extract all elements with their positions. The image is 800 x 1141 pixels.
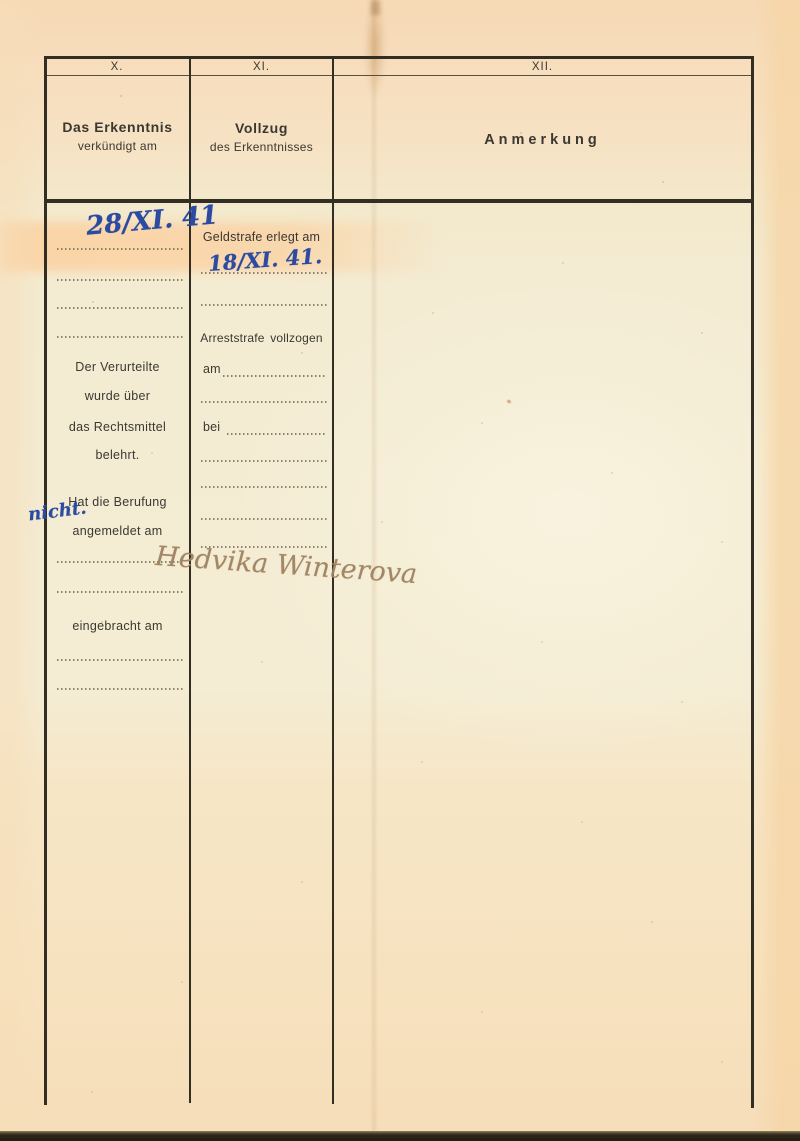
column-xi-title: Vollzug [190,120,333,136]
table-border-right [751,56,754,1108]
dotted-fill-line [57,307,183,309]
dotted-fill-line [201,401,327,403]
table-border-top [44,56,754,59]
column-xi-subtitle: des Erkenntnisses [190,140,333,154]
dotted-fill-line [201,272,327,274]
fold-crease-mark [371,0,380,15]
column-xii-header: Anmerkung [333,132,752,148]
paper-left-margin [0,0,44,1141]
signature-handwriting: Hedvika Winterova [154,541,418,590]
dotted-fill-line [57,279,183,281]
dotted-fill-line [201,518,327,520]
header-separator-line [44,199,754,203]
paper-right-margin [754,0,800,1141]
dotted-fill-line [57,659,183,661]
dotted-fill-line [57,688,183,690]
bei-label: bei [203,420,220,434]
scan-bottom-edge [0,1131,800,1141]
dotted-fill-line [201,486,327,488]
belehrung-line: wurde über [45,389,190,403]
table-border-left [44,56,47,1105]
column-xii-title: Anmerkung [333,132,752,148]
dotted-fill-line [227,433,327,435]
column-x-title: Das Erkenntnis [45,119,190,135]
paper-red-fleck [507,399,512,404]
column-x-header: Das Erkenntnis verkündigt am [45,119,190,153]
dotted-fill-line [201,460,327,462]
column-x-subtitle: verkündigt am [45,139,190,153]
paper-speckles [0,0,2,2]
scanned-document-page: X. XI. XII. Das Erkenntnis verkündigt am… [0,0,800,1141]
dotted-fill-line [57,336,183,338]
dotted-fill-line [201,304,327,306]
column-number-rule [46,75,752,76]
berufung-label-line2: angemeldet am [45,524,190,538]
belehrung-line: Der Verurteilte [45,360,190,374]
arreststrafe-label: Arreststrafe vollzogen [191,331,332,345]
dotted-fill-line [57,591,183,593]
column-x-number: X. [45,61,189,73]
geldstrafe-label: Geldstrafe erlegt am [191,230,332,244]
eingebracht-label: eingebracht am [45,619,190,633]
column-xii-number: XII. [334,61,751,73]
am-label: am [203,362,221,376]
dotted-fill-line [223,375,327,377]
belehrung-line: belehrt. [45,448,190,462]
column-xi-number: XI. [191,61,332,73]
belehrung-line: das Rechtsmittel [45,420,190,434]
dotted-fill-line [57,248,183,250]
column-xi-header: Vollzug des Erkenntnisses [190,120,333,154]
